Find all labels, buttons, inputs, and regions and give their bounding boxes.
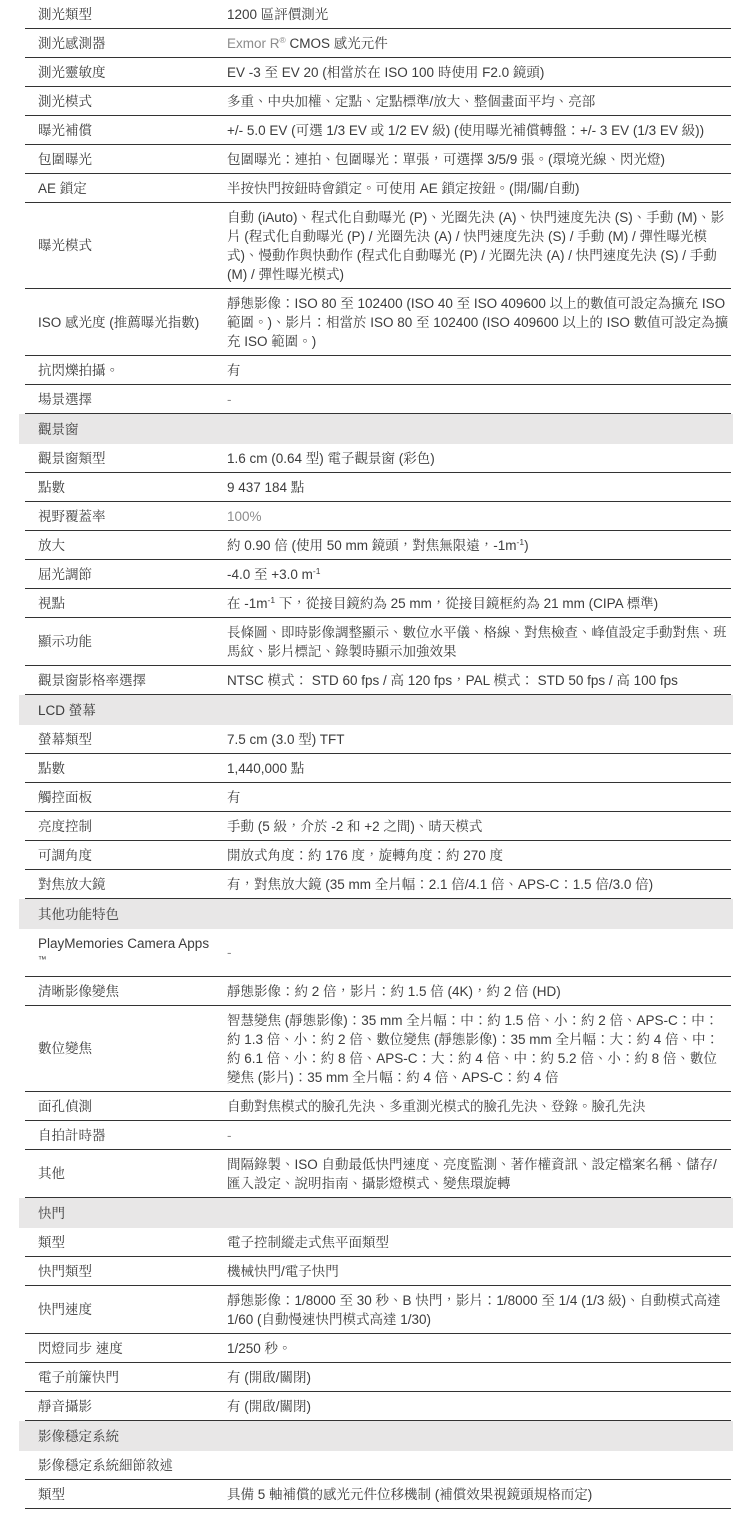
row-label: 觀景窗類型: [25, 449, 227, 468]
table-row: 其他間隔錄製、ISO 自動最低快門速度、亮度監測、著作權資訊、設定檔案名稱、儲存…: [25, 1150, 731, 1198]
table-row: 點數9 437 184 點: [25, 473, 731, 502]
row-label: 螢幕類型: [25, 730, 227, 749]
row-label: 快門速度: [25, 1300, 227, 1319]
row-value: 100%: [227, 507, 731, 526]
row-value: 約 0.90 倍 (使用 50 mm 鏡頭，對焦無限遠，-1m-1): [227, 536, 731, 555]
row-label: AE 鎖定: [25, 179, 227, 198]
row-value: 1,440,000 點: [227, 759, 731, 778]
row-label: 影像穩定系統細節敘述: [25, 1456, 731, 1475]
row-label: 曝光補償: [25, 121, 227, 140]
row-value: 機械快門/電子快門: [227, 1262, 731, 1281]
row-label: 類型: [25, 1485, 227, 1504]
section-header: 觀景窗: [19, 414, 733, 444]
row-label: 可調角度: [25, 846, 227, 865]
row-label: 包圍曝光: [25, 150, 227, 169]
row-value: -: [227, 1126, 731, 1145]
row-label: 靜音攝影: [25, 1397, 227, 1416]
row-label: PlayMemories Camera Apps ™: [25, 934, 227, 972]
row-label: 抗閃爍拍攝。: [25, 361, 227, 380]
row-label: 測光靈敏度: [25, 63, 227, 82]
subheader-row: 影像穩定系統細節敘述: [25, 1451, 731, 1480]
row-value: 靜態影像：ISO 80 至 102400 (ISO 40 至 ISO 40960…: [227, 294, 731, 351]
row-value: 智慧變焦 (靜態影像)：35 mm 全片幅：中：約 1.5 倍、小：約 2 倍、…: [227, 1011, 731, 1087]
row-label: 放大: [25, 536, 227, 555]
row-value: -4.0 至 +3.0 m-1: [227, 565, 731, 584]
row-label: 顯示功能: [25, 632, 227, 651]
table-row: 螢幕類型7.5 cm (3.0 型) TFT: [25, 725, 731, 754]
row-value: -: [227, 390, 731, 409]
row-value: 7.5 cm (3.0 型) TFT: [227, 730, 731, 749]
row-label: 屈光調節: [25, 565, 227, 584]
row-label: 類型: [25, 1233, 227, 1252]
table-row: 視點在 -1m-1 下，從接目鏡約為 25 mm，從接目鏡框約為 21 mm (…: [25, 589, 731, 618]
table-row: 類型具備 5 軸補償的感光元件位移機制 (補償效果視鏡頭規格而定): [25, 1480, 731, 1509]
table-row: 可調角度開放式角度：約 176 度，旋轉角度：約 270 度: [25, 841, 731, 870]
row-label: 點數: [25, 759, 227, 778]
section-title: 快門: [38, 1204, 65, 1223]
row-value: 自動 (iAuto)、程式化自動曝光 (P)、光圈先決 (A)、快門速度先決 (…: [227, 208, 731, 284]
spec-table: 測光類型1200 區評價測光測光感測器Exmor R® CMOS 感光元件測光靈…: [25, 0, 731, 1509]
row-label: 數位變焦: [25, 1039, 227, 1058]
table-row: 亮度控制手動 (5 級，介於 -2 和 +2 之間)、晴天模式: [25, 812, 731, 841]
table-row: 觀景窗影格率選擇NTSC 模式： STD 60 fps / 高 120 fps，…: [25, 666, 731, 695]
row-value: EV -3 至 EV 20 (相當於在 ISO 100 時使用 F2.0 鏡頭): [227, 63, 731, 82]
table-row: 測光感測器Exmor R® CMOS 感光元件: [25, 29, 731, 58]
row-value: 半按快門按鈕時會鎖定。可使用 AE 鎖定按鈕。(開/關/自動): [227, 179, 731, 198]
row-label: 快門類型: [25, 1262, 227, 1281]
row-label: 觸控面板: [25, 788, 227, 807]
table-row: 點數1,440,000 點: [25, 754, 731, 783]
row-label: 清晰影像變焦: [25, 982, 227, 1001]
row-value: 電子控制縱走式焦平面類型: [227, 1233, 731, 1252]
table-row: 數位變焦智慧變焦 (靜態影像)：35 mm 全片幅：中：約 1.5 倍、小：約 …: [25, 1006, 731, 1092]
table-row: 測光類型1200 區評價測光: [25, 0, 731, 29]
table-row: 自拍計時器-: [25, 1121, 731, 1150]
row-label: 亮度控制: [25, 817, 227, 836]
row-label: 場景選擇: [25, 390, 227, 409]
table-row: 顯示功能長條圖、即時影像調整顯示、數位水平儀、格線、對焦檢查、峰值設定手動對焦、…: [25, 618, 731, 666]
row-value: 手動 (5 級，介於 -2 和 +2 之間)、晴天模式: [227, 817, 731, 836]
row-value: Exmor R® CMOS 感光元件: [227, 34, 731, 53]
table-row: 清晰影像變焦靜態影像：約 2 倍，影片：約 1.5 倍 (4K)，約 2 倍 (…: [25, 977, 731, 1006]
table-row: AE 鎖定半按快門按鈕時會鎖定。可使用 AE 鎖定按鈕。(開/關/自動): [25, 174, 731, 203]
section-title: 影像穩定系統: [38, 1427, 119, 1446]
table-row: 包圍曝光包圍曝光：連拍、包圍曝光：單張，可選擇 3/5/9 張。(環境光線、閃光…: [25, 145, 731, 174]
row-value: 有，對焦放大鏡 (35 mm 全片幅：2.1 倍/4.1 倍、APS-C：1.5…: [227, 875, 731, 894]
row-value: 1.6 cm (0.64 型) 電子觀景窗 (彩色): [227, 449, 731, 468]
row-value: 靜態影像：約 2 倍，影片：約 1.5 倍 (4K)，約 2 倍 (HD): [227, 982, 731, 1001]
table-row: 抗閃爍拍攝。有: [25, 356, 731, 385]
row-value: +/- 5.0 EV (可選 1/3 EV 或 1/2 EV 級) (使用曝光補…: [227, 121, 731, 140]
section-title: LCD 螢幕: [38, 701, 96, 720]
row-value: 有 (開啟/關閉): [227, 1397, 731, 1416]
row-value: NTSC 模式： STD 60 fps / 高 120 fps，PAL 模式： …: [227, 671, 731, 690]
section-header: 其他功能特色: [19, 899, 733, 929]
section-header: 快門: [19, 1198, 733, 1228]
table-row: 閃燈同步 速度1/250 秒。: [25, 1334, 731, 1363]
table-row: 面孔偵測自動對焦模式的臉孔先決、多重測光模式的臉孔先決、登錄。臉孔先決: [25, 1092, 731, 1121]
table-row: 測光模式多重、中央加權、定點、定點標準/放大、整個畫面平均、亮部: [25, 87, 731, 116]
row-value: -: [227, 943, 731, 962]
row-value: 1200 區評價測光: [227, 5, 731, 24]
row-label: 視野覆蓋率: [25, 507, 227, 526]
table-row: 類型電子控制縱走式焦平面類型: [25, 1228, 731, 1257]
section-title: 其他功能特色: [38, 905, 119, 924]
row-label: 觀景窗影格率選擇: [25, 671, 227, 690]
row-value: 間隔錄製、ISO 自動最低快門速度、亮度監測、著作權資訊、設定檔案名稱、儲存/匯…: [227, 1155, 731, 1193]
row-label: 測光感測器: [25, 34, 227, 53]
row-label: 電子前簾快門: [25, 1368, 227, 1387]
row-value: 有 (開啟/關閉): [227, 1368, 731, 1387]
section-title: 觀景窗: [38, 420, 79, 439]
row-value: 具備 5 軸補償的感光元件位移機制 (補償效果視鏡頭規格而定): [227, 1485, 731, 1504]
row-label: 曝光模式: [25, 236, 227, 255]
table-row: 對焦放大鏡有，對焦放大鏡 (35 mm 全片幅：2.1 倍/4.1 倍、APS-…: [25, 870, 731, 899]
table-row: PlayMemories Camera Apps ™-: [25, 929, 731, 977]
table-row: 靜音攝影有 (開啟/關閉): [25, 1392, 731, 1421]
row-value: 多重、中央加權、定點、定點標準/放大、整個畫面平均、亮部: [227, 92, 731, 111]
table-row: 屈光調節-4.0 至 +3.0 m-1: [25, 560, 731, 589]
table-row: 場景選擇-: [25, 385, 731, 414]
table-row: 曝光模式自動 (iAuto)、程式化自動曝光 (P)、光圈先決 (A)、快門速度…: [25, 203, 731, 289]
row-value: 靜態影像：1/8000 至 30 秒、B 快門，影片：1/8000 至 1/4 …: [227, 1291, 731, 1329]
row-value: 在 -1m-1 下，從接目鏡約為 25 mm，從接目鏡框約為 21 mm (CI…: [227, 594, 731, 613]
row-value: 有: [227, 788, 731, 807]
table-row: ISO 感光度 (推薦曝光指數)靜態影像：ISO 80 至 102400 (IS…: [25, 289, 731, 356]
row-label: 自拍計時器: [25, 1126, 227, 1145]
row-label: 其他: [25, 1164, 227, 1183]
row-value: 長條圖、即時影像調整顯示、數位水平儀、格線、對焦檢查、峰值設定手動對焦、班馬紋、…: [227, 623, 731, 661]
row-label: 對焦放大鏡: [25, 875, 227, 894]
row-label: 閃燈同步 速度: [25, 1339, 227, 1358]
table-row: 電子前簾快門有 (開啟/關閉): [25, 1363, 731, 1392]
table-row: 快門類型機械快門/電子快門: [25, 1257, 731, 1286]
row-label: 面孔偵測: [25, 1097, 227, 1116]
table-row: 放大約 0.90 倍 (使用 50 mm 鏡頭，對焦無限遠，-1m-1): [25, 531, 731, 560]
row-value: 自動對焦模式的臉孔先決、多重測光模式的臉孔先決、登錄。臉孔先決: [227, 1097, 731, 1116]
table-row: 曝光補償+/- 5.0 EV (可選 1/3 EV 或 1/2 EV 級) (使…: [25, 116, 731, 145]
row-value: 1/250 秒。: [227, 1339, 731, 1358]
row-value: 9 437 184 點: [227, 478, 731, 497]
row-label: 視點: [25, 594, 227, 613]
table-row: 觀景窗類型1.6 cm (0.64 型) 電子觀景窗 (彩色): [25, 444, 731, 473]
row-label: 點數: [25, 478, 227, 497]
row-value: 有: [227, 361, 731, 380]
section-header: LCD 螢幕: [19, 695, 733, 725]
row-label: ISO 感光度 (推薦曝光指數): [25, 313, 227, 332]
row-label: 測光模式: [25, 92, 227, 111]
table-row: 測光靈敏度EV -3 至 EV 20 (相當於在 ISO 100 時使用 F2.…: [25, 58, 731, 87]
table-row: 快門速度靜態影像：1/8000 至 30 秒、B 快門，影片：1/8000 至 …: [25, 1286, 731, 1334]
table-row: 視野覆蓋率100%: [25, 502, 731, 531]
section-header: 影像穩定系統: [19, 1421, 733, 1451]
table-row: 觸控面板有: [25, 783, 731, 812]
row-value: 包圍曝光：連拍、包圍曝光：單張，可選擇 3/5/9 張。(環境光線、閃光燈): [227, 150, 731, 169]
row-value: 開放式角度：約 176 度，旋轉角度：約 270 度: [227, 846, 731, 865]
row-label: 測光類型: [25, 5, 227, 24]
